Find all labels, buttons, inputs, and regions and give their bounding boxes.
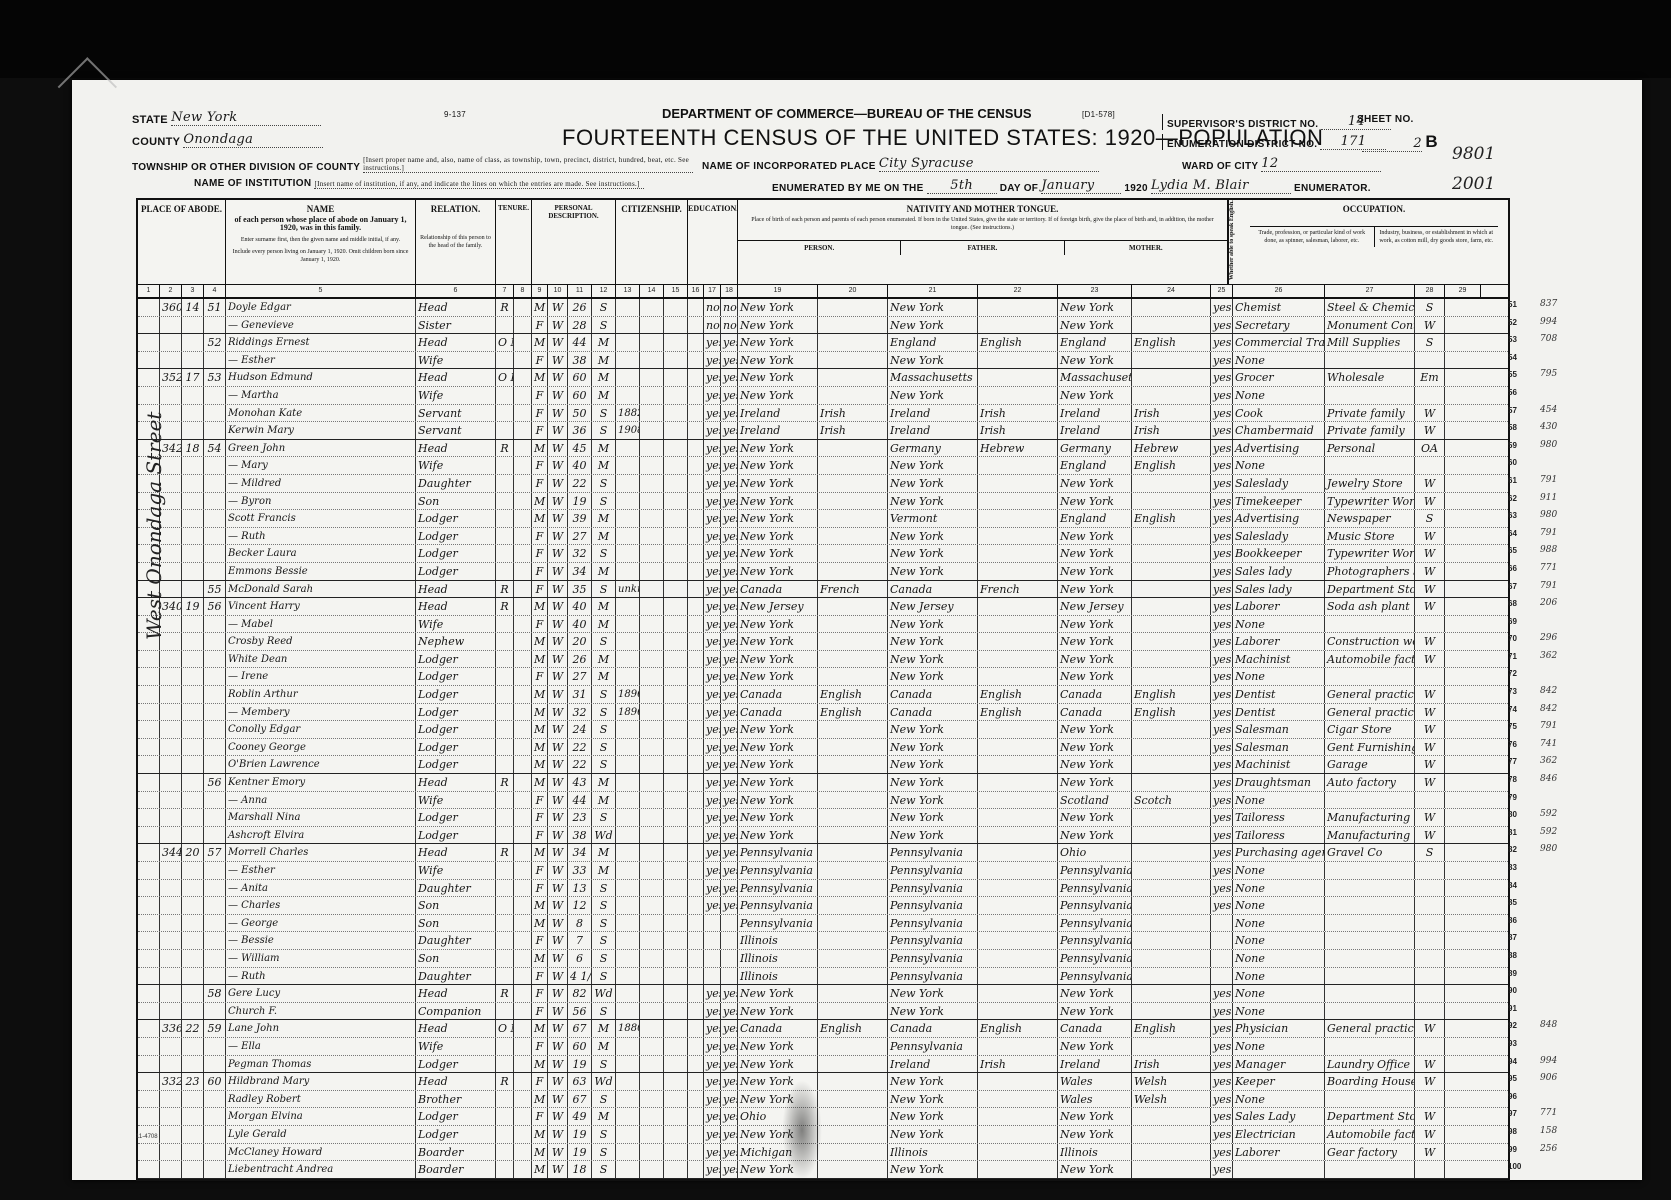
cell-empty: [664, 985, 688, 1002]
cell-empty: [688, 299, 704, 316]
cell-name: — Charles: [226, 897, 416, 914]
occupation-code: 842: [1524, 683, 1564, 701]
cell-empty: [514, 528, 532, 545]
cell-empty: [514, 1020, 532, 1037]
cell-immig: [616, 352, 640, 369]
cell-empty: [1445, 493, 1481, 510]
cell-f_tongue: [978, 1091, 1058, 1108]
cell-sex: M: [532, 651, 548, 668]
cell-f_pob: New York: [888, 1073, 978, 1090]
occupation-code: 362: [1524, 648, 1564, 666]
cell-f_tongue: [978, 756, 1058, 773]
cell-pob: New York: [738, 317, 818, 334]
cell-read: yes: [704, 581, 721, 598]
cell-empty: [514, 369, 532, 386]
cell-age: 60: [568, 387, 592, 404]
cell-m_pob: New York: [1058, 1126, 1132, 1143]
cell-age: 50: [568, 405, 592, 422]
cell-immig: [616, 563, 640, 580]
cell-pob: Illinois: [738, 950, 818, 967]
cell-tenure: [496, 493, 514, 510]
cell-house: 336: [160, 1020, 182, 1037]
cell-f_pob: England: [888, 334, 978, 351]
cell-empty: [138, 880, 160, 897]
cell-rel: Lodger: [416, 545, 496, 562]
cell-empty: [640, 756, 664, 773]
cell-dwelling: [182, 686, 204, 703]
cell-class: [1415, 862, 1445, 879]
cell-race: W: [548, 405, 568, 422]
table-row: 3601451Doyle EdgarHeadRMW26SnonoNew York…: [138, 299, 1508, 317]
cell-marital: S: [592, 405, 616, 422]
cell-pob: Pennsylvania: [738, 915, 818, 932]
cell-sex: F: [532, 1038, 548, 1055]
column-number-row: 1234567891011121314151617181920212223242…: [138, 285, 1508, 299]
cell-rel: Lodger: [416, 668, 496, 685]
cell-dwelling: [182, 915, 204, 932]
cell-empty: [688, 422, 704, 439]
cell-name: Emmons Bessie: [226, 563, 416, 580]
cell-eng: yes: [1211, 440, 1233, 457]
cell-immig: [616, 493, 640, 510]
cell-family: [204, 915, 226, 932]
cell-trade: Secretary: [1233, 317, 1325, 334]
cell-name: Gere Lucy: [226, 985, 416, 1002]
cell-class: [1415, 968, 1445, 985]
occupation-code: 791: [1524, 578, 1564, 596]
cell-empty: [1445, 827, 1481, 844]
cell-trade: Advertising: [1233, 510, 1325, 527]
margin-note-top: 9801: [1452, 144, 1495, 164]
cell-industry: Steel & Chemical: [1325, 299, 1415, 316]
cell-read: yes: [704, 475, 721, 492]
cell-name: Cooney George: [226, 739, 416, 756]
cell-industry: [1325, 932, 1415, 949]
cell-sex: M: [532, 440, 548, 457]
table-row: — MemberyLodgerMW32S1896 Na 1898yesyesCa…: [138, 704, 1508, 722]
cell-write: yes: [721, 1003, 738, 1020]
cell-m_pob: England: [1058, 457, 1132, 474]
cell-empty: [1445, 1073, 1481, 1090]
occupation-code: 994: [1524, 1053, 1564, 1071]
cell-empty: [664, 563, 688, 580]
cell-empty: [514, 457, 532, 474]
sheet-field: 2 B: [1362, 132, 1438, 152]
cell-immig: [616, 334, 640, 351]
cell-m_tongue: [1132, 475, 1211, 492]
cell-empty: [640, 1108, 664, 1125]
cell-trade: None: [1233, 792, 1325, 809]
cell-f_tongue: [978, 668, 1058, 685]
cell-tenure: R: [496, 844, 514, 861]
cell-race: W: [548, 932, 568, 949]
group-education: EDUCATION.: [688, 200, 738, 284]
cell-race: W: [548, 299, 568, 316]
cell-empty: [688, 457, 704, 474]
cell-empty: [688, 915, 704, 932]
group-relation: RELATION. Relationship of this person to…: [416, 200, 496, 284]
cell-eng: [1211, 932, 1233, 949]
cell-m_pob: Canada: [1058, 686, 1132, 703]
cell-m_pob: Pennsylvania: [1058, 880, 1132, 897]
cell-write: yes: [721, 405, 738, 422]
cell-tongue: [818, 616, 888, 633]
cell-house: [160, 387, 182, 404]
table-row: — IreneLodgerFW27MyesyesNew YorkNew York…: [138, 668, 1508, 686]
cell-immig: 1896 Na 1898: [616, 704, 640, 721]
table-row: Liebentracht AndreaBoarderMW18SyesyesNew…: [138, 1161, 1508, 1179]
cell-age: 34: [568, 844, 592, 861]
cell-m_pob: New York: [1058, 1038, 1132, 1055]
cell-class: [1415, 1038, 1445, 1055]
cell-m_tongue: [1132, 1108, 1211, 1125]
cell-empty: [640, 545, 664, 562]
cell-empty: [688, 844, 704, 861]
cell-name: — Anita: [226, 880, 416, 897]
cell-marital: S: [592, 739, 616, 756]
cell-marital: S: [592, 686, 616, 703]
cell-f_tongue: [978, 915, 1058, 932]
cell-sex: M: [532, 1144, 548, 1161]
cell-empty: [640, 352, 664, 369]
cell-read: yes: [704, 457, 721, 474]
cell-dwelling: [182, 545, 204, 562]
cell-sex: M: [532, 510, 548, 527]
cell-m_pob: New York: [1058, 545, 1132, 562]
department-title: DEPARTMENT OF COMMERCE—BUREAU OF THE CEN…: [662, 106, 1032, 121]
cell-f_pob: Pennsylvania: [888, 880, 978, 897]
cell-race: W: [548, 1161, 568, 1178]
cell-race: W: [548, 510, 568, 527]
cell-f_tongue: [978, 317, 1058, 334]
cell-rel: Nephew: [416, 633, 496, 650]
cell-write: [721, 932, 738, 949]
cell-family: 54: [204, 440, 226, 457]
cell-tenure: [496, 1091, 514, 1108]
cell-tongue: [818, 475, 888, 492]
cell-empty: [664, 827, 688, 844]
sheet-label: SHEET NO.: [1357, 114, 1414, 125]
cell-empty: [640, 862, 664, 879]
cell-name: Doyle Edgar: [226, 299, 416, 316]
cell-industry: [1325, 668, 1415, 685]
cell-f_tongue: [978, 809, 1058, 826]
cell-empty: [514, 581, 532, 598]
cell-dwelling: [182, 528, 204, 545]
cell-pob: New York: [738, 827, 818, 844]
cell-pob: New York: [738, 792, 818, 809]
cell-tenure: [496, 1056, 514, 1073]
occupation-industry-header: Industry, business, or establishment in …: [1375, 227, 1499, 247]
cell-dwelling: [182, 792, 204, 809]
cell-immig: [616, 756, 640, 773]
cell-immig: [616, 299, 640, 316]
cell-write: no: [721, 299, 738, 316]
cell-tongue: [818, 915, 888, 932]
cell-industry: Mill Supplies: [1325, 334, 1415, 351]
cell-marital: S: [592, 299, 616, 316]
cell-f_pob: New York: [888, 1108, 978, 1125]
cell-sex: F: [532, 1003, 548, 1020]
cell-read: yes: [704, 1144, 721, 1161]
cell-race: W: [548, 334, 568, 351]
cell-m_tongue: English: [1132, 334, 1211, 351]
cell-rel: Son: [416, 915, 496, 932]
cell-write: yes: [721, 721, 738, 738]
table-row: Monohan KateServantFW50S1882 AlyesyesIre…: [138, 405, 1508, 423]
cell-class: [1415, 932, 1445, 949]
cell-trade: Chambermaid: [1233, 422, 1325, 439]
cell-industry: [1325, 616, 1415, 633]
cell-f_tongue: Irish: [978, 422, 1058, 439]
cell-empty: [640, 844, 664, 861]
cell-tongue: [818, 1108, 888, 1125]
cell-race: W: [548, 756, 568, 773]
cell-rel: Head: [416, 581, 496, 598]
cell-empty: [514, 475, 532, 492]
cell-pob: New York: [738, 1038, 818, 1055]
column-number: 2: [160, 285, 182, 297]
cell-class: W: [1415, 405, 1445, 422]
cell-empty: [688, 668, 704, 685]
cell-trade: Machinist: [1233, 756, 1325, 773]
cell-empty: [640, 932, 664, 949]
cell-m_tongue: Hebrew: [1132, 440, 1211, 457]
cell-name: — Byron: [226, 493, 416, 510]
cell-rel: Head: [416, 985, 496, 1002]
cell-empty: [1445, 1020, 1481, 1037]
cell-empty: [138, 1038, 160, 1055]
cell-empty: [640, 369, 664, 386]
cell-write: yes: [721, 1091, 738, 1108]
cell-sex: F: [532, 352, 548, 369]
cell-tenure: R: [496, 774, 514, 791]
cell-industry: Photographers Studio: [1325, 563, 1415, 580]
cell-empty: [1445, 1091, 1481, 1108]
cell-read: [704, 932, 721, 949]
cell-empty: [664, 440, 688, 457]
occupation-code: 454: [1524, 402, 1564, 420]
cell-dwelling: [182, 862, 204, 879]
cell-industry: Department Store: [1325, 581, 1415, 598]
cell-f_tongue: [978, 616, 1058, 633]
table-row: 3421854Green JohnHeadRMW45MyesyesNew Yor…: [138, 440, 1508, 458]
cell-empty: [664, 1144, 688, 1161]
cell-name: — Membery: [226, 704, 416, 721]
cell-race: W: [548, 528, 568, 545]
cell-trade: None: [1233, 457, 1325, 474]
group-label: NATIVITY AND MOTHER TONGUE.: [738, 204, 1227, 214]
cell-read: yes: [704, 422, 721, 439]
cell-family: [204, 1003, 226, 1020]
cell-f_pob: New York: [888, 1091, 978, 1108]
cell-m_pob: Canada: [1058, 704, 1132, 721]
cell-eng: yes: [1211, 616, 1233, 633]
cell-empty: [640, 475, 664, 492]
cell-marital: M: [592, 369, 616, 386]
cell-tongue: French: [818, 581, 888, 598]
cell-name: Hildbrand Mary: [226, 1073, 416, 1090]
cell-tenure: [496, 739, 514, 756]
occupation-code: [1524, 1000, 1564, 1018]
cell-empty: [664, 1056, 688, 1073]
cell-name: Green John: [226, 440, 416, 457]
cell-immig: 1882 Al: [616, 405, 640, 422]
cell-f_tongue: [978, 493, 1058, 510]
cell-sex: F: [532, 317, 548, 334]
table-row: — BessieDaughterFW7SIllinoisPennsylvania…: [138, 932, 1508, 950]
cell-trade: Sales lady: [1233, 563, 1325, 580]
cell-empty: [640, 968, 664, 985]
cell-race: W: [548, 352, 568, 369]
cell-m_pob: New York: [1058, 1003, 1132, 1020]
cell-class: [1415, 352, 1445, 369]
cell-name: — Genevieve: [226, 317, 416, 334]
cell-pob: New York: [738, 387, 818, 404]
cell-class: W: [1415, 1020, 1445, 1037]
cell-f_tongue: Hebrew: [978, 440, 1058, 457]
cell-f_tongue: [978, 739, 1058, 756]
cell-m_tongue: Irish: [1132, 1056, 1211, 1073]
cell-trade: None: [1233, 352, 1325, 369]
cell-family: [204, 1056, 226, 1073]
occupation-code: [1524, 877, 1564, 895]
cell-empty: [138, 1091, 160, 1108]
cell-dwelling: [182, 1144, 204, 1161]
table-row: 58Gere LucyHeadRFW82WdyesyesNew YorkNew …: [138, 985, 1508, 1003]
cell-m_pob: New York: [1058, 827, 1132, 844]
cell-family: [204, 475, 226, 492]
cell-m_pob: Ohio: [1058, 844, 1132, 861]
cell-dwelling: [182, 880, 204, 897]
cell-dwelling: [182, 968, 204, 985]
cell-m_tongue: [1132, 880, 1211, 897]
cell-age: 31: [568, 686, 592, 703]
cell-industry: Typewriter Works: [1325, 545, 1415, 562]
cell-read: yes: [704, 809, 721, 826]
cell-empty: [664, 510, 688, 527]
cell-empty: [138, 844, 160, 861]
column-number: 26: [1233, 285, 1325, 297]
cell-race: W: [548, 950, 568, 967]
cell-industry: [1325, 862, 1415, 879]
column-number: 11: [568, 285, 592, 297]
cell-m_pob: Wales: [1058, 1073, 1132, 1090]
month-value: January: [1041, 178, 1121, 194]
cell-empty: [138, 739, 160, 756]
cell-marital: M: [592, 1038, 616, 1055]
form-number: 9-137: [444, 110, 466, 119]
cell-dwelling: [182, 563, 204, 580]
cell-empty: [688, 475, 704, 492]
cell-empty: [640, 651, 664, 668]
cell-tongue: [818, 1126, 888, 1143]
cell-eng: yes: [1211, 1144, 1233, 1161]
cell-f_pob: Vermont: [888, 510, 978, 527]
cell-house: [160, 985, 182, 1002]
cell-sex: M: [532, 299, 548, 316]
cell-trade: Machinist: [1233, 651, 1325, 668]
table-row: Roblin ArthurLodgerMW31S1896 Na 1898yesy…: [138, 686, 1508, 704]
cell-class: [1415, 1003, 1445, 1020]
cell-read: yes: [704, 1003, 721, 1020]
occupation-code: [1524, 384, 1564, 402]
cell-class: [1415, 1091, 1445, 1108]
cell-empty: [138, 1003, 160, 1020]
cell-marital: S: [592, 1091, 616, 1108]
table-row: Kerwin MaryServantFW36S1908 AlyesyesIrel…: [138, 422, 1508, 440]
cell-sex: F: [532, 563, 548, 580]
cell-race: W: [548, 792, 568, 809]
cell-m_tongue: Welsh: [1132, 1091, 1211, 1108]
cell-empty: [664, 528, 688, 545]
cell-empty: [640, 1073, 664, 1090]
cell-pob: Ireland: [738, 422, 818, 439]
cell-empty: [1445, 563, 1481, 580]
cell-f_tongue: [978, 862, 1058, 879]
cell-empty: [138, 651, 160, 668]
cell-class: W: [1415, 704, 1445, 721]
cell-m_pob: Wales: [1058, 1091, 1132, 1108]
cell-empty: [664, 616, 688, 633]
cell-write: yes: [721, 1144, 738, 1161]
cell-eng: yes: [1211, 528, 1233, 545]
cell-pob: Ireland: [738, 405, 818, 422]
cell-marital: M: [592, 387, 616, 404]
cell-immig: [616, 440, 640, 457]
cell-class: [1415, 985, 1445, 1002]
cell-m_tongue: [1132, 387, 1211, 404]
cell-family: [204, 1126, 226, 1143]
cell-pob: New York: [738, 985, 818, 1002]
table-body: 3601451Doyle EdgarHeadRMW26SnonoNew York…: [138, 299, 1508, 1179]
cell-eng: yes: [1211, 633, 1233, 650]
cell-name: Hudson Edmund: [226, 369, 416, 386]
cell-empty: [1445, 334, 1481, 351]
cell-marital: M: [592, 774, 616, 791]
cell-empty: [664, 932, 688, 949]
cell-pob: Canada: [738, 1020, 818, 1037]
cell-dwelling: [182, 616, 204, 633]
cell-rel: Wife: [416, 1038, 496, 1055]
cell-tongue: [818, 827, 888, 844]
cell-age: 20: [568, 633, 592, 650]
cell-m_pob: New York: [1058, 633, 1132, 650]
cell-rel: Servant: [416, 422, 496, 439]
cell-pob: New York: [738, 721, 818, 738]
cell-empty: [688, 493, 704, 510]
cell-class: S: [1415, 299, 1445, 316]
cell-eng: yes: [1211, 352, 1233, 369]
cell-empty: [514, 1038, 532, 1055]
cell-sex: F: [532, 422, 548, 439]
cell-dwelling: [182, 668, 204, 685]
cell-empty: [138, 369, 160, 386]
cell-empty: [514, 721, 532, 738]
cell-pob: New York: [738, 545, 818, 562]
cell-family: [204, 704, 226, 721]
table-row: Cooney GeorgeLodgerMW22SyesyesNew YorkNe…: [138, 739, 1508, 757]
cell-family: [204, 528, 226, 545]
cell-name: Pegman Thomas: [226, 1056, 416, 1073]
cell-tenure: [496, 405, 514, 422]
cell-rel: Lodger: [416, 686, 496, 703]
cell-empty: [664, 299, 688, 316]
cell-race: W: [548, 387, 568, 404]
cell-trade: Advertising: [1233, 440, 1325, 457]
cell-f_tongue: [978, 950, 1058, 967]
cell-f_pob: New York: [888, 1126, 978, 1143]
